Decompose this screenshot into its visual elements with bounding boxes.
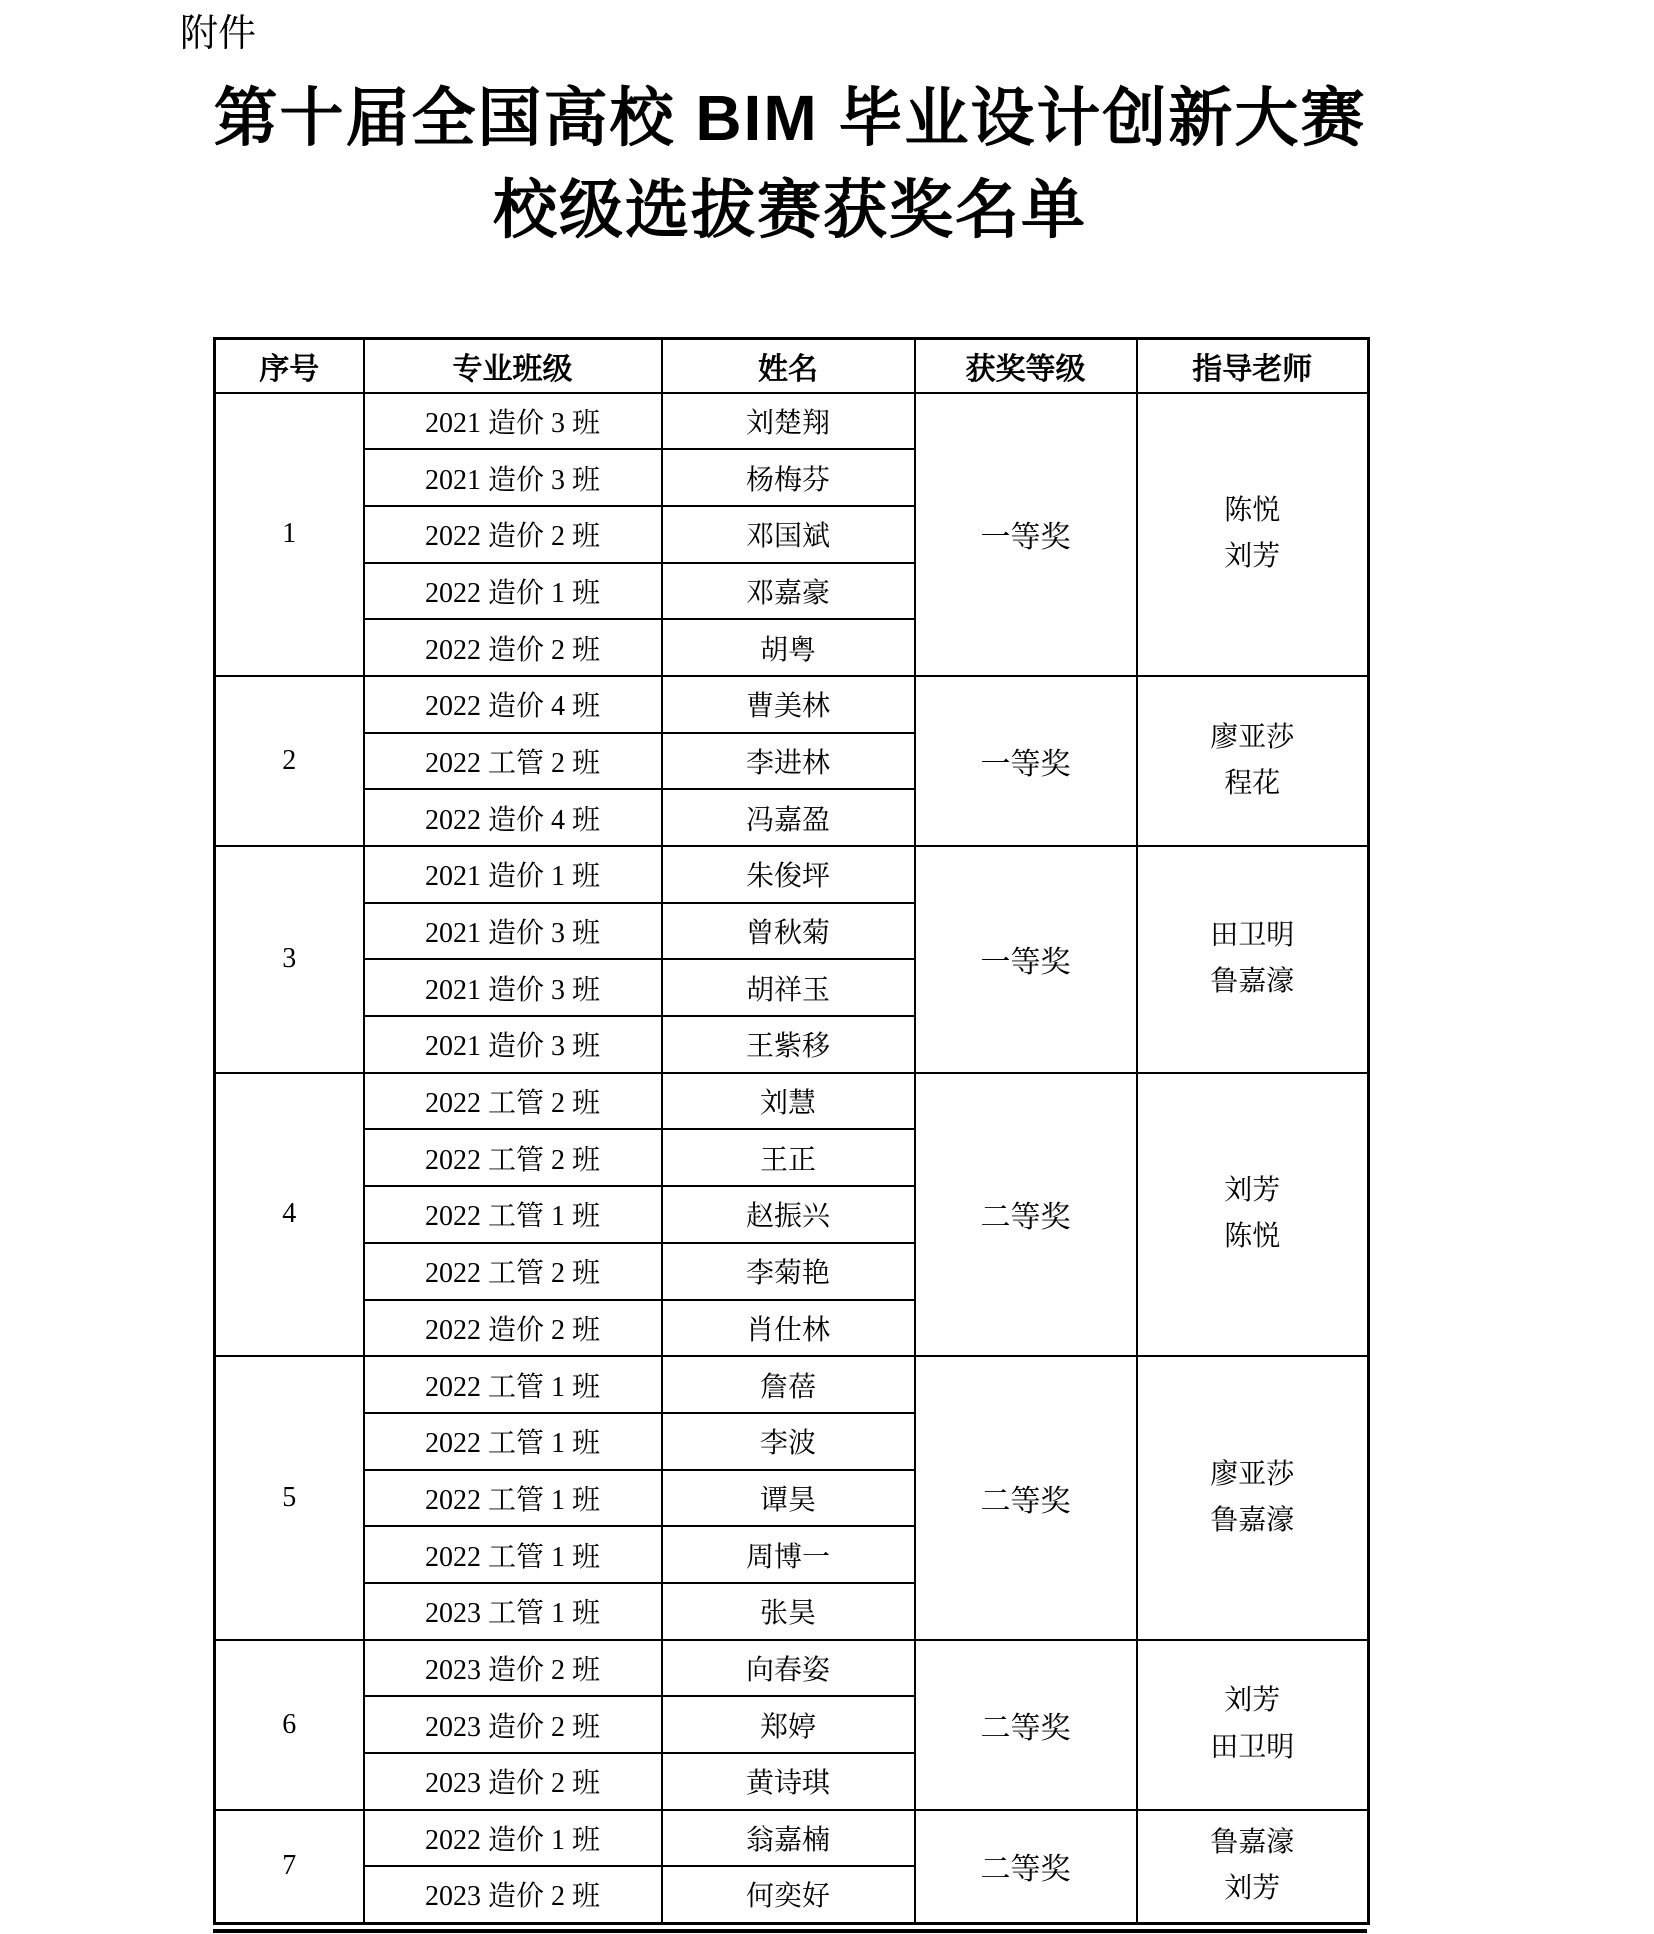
group-index-cell: 6 (215, 1640, 364, 1810)
member-name-cell: 曾秋菊 (662, 903, 915, 960)
member-class-cell: 2022 造价 1 班 (364, 1810, 662, 1867)
member-class-cell: 2023 工管 1 班 (364, 1583, 662, 1640)
member-class-cell: 2021 造价 3 班 (364, 959, 662, 1016)
advisor-name: 田卫明 (1138, 913, 1368, 959)
advisor-name: 刘芳 (1138, 1168, 1368, 1214)
table-row: 72022 造价 1 班翁嘉楠二等奖鲁嘉濠刘芳 (215, 1810, 1369, 1867)
table-row: 62023 造价 2 班向春姿二等奖刘芳田卫明 (215, 1640, 1369, 1697)
member-class-cell: 2023 造价 2 班 (364, 1753, 662, 1810)
member-class-cell: 2021 造价 3 班 (364, 1016, 662, 1073)
member-name-cell: 郑婷 (662, 1696, 915, 1753)
member-name-cell: 胡粤 (662, 619, 915, 676)
member-class-cell: 2021 造价 1 班 (364, 846, 662, 903)
group-advisors-cell: 廖亚莎鲁嘉濠 (1137, 1356, 1369, 1639)
advisor-name: 刘芳 (1138, 1678, 1368, 1724)
col-header-index: 序号 (215, 339, 364, 393)
title-line-2: 校级选拔赛获奖名单 (213, 176, 1367, 244)
advisor-name: 田卫明 (1138, 1725, 1368, 1771)
member-name-cell: 王正 (662, 1129, 915, 1186)
member-name-cell: 刘慧 (662, 1073, 915, 1130)
member-name-cell: 谭昊 (662, 1470, 915, 1527)
member-name-cell: 曹美林 (662, 676, 915, 733)
member-name-cell: 周博一 (662, 1526, 915, 1583)
member-name-cell: 李波 (662, 1413, 915, 1470)
member-class-cell: 2022 工管 2 班 (364, 733, 662, 790)
member-class-cell: 2022 造价 4 班 (364, 789, 662, 846)
group-award-cell: 二等奖 (915, 1640, 1137, 1810)
member-name-cell: 邓国斌 (662, 506, 915, 563)
table-continuation-border (213, 1929, 1367, 1933)
member-name-cell: 何奕好 (662, 1866, 915, 1923)
advisor-name: 陈悦 (1138, 488, 1368, 534)
member-class-cell: 2022 工管 1 班 (364, 1413, 662, 1470)
group-award-cell: 一等奖 (915, 676, 1137, 846)
advisor-name: 鲁嘉濠 (1138, 1498, 1368, 1544)
table-row: 42022 工管 2 班刘慧二等奖刘芳陈悦 (215, 1073, 1369, 1130)
member-name-cell: 李进林 (662, 733, 915, 790)
advisor-name: 刘芳 (1138, 1866, 1368, 1912)
member-name-cell: 胡祥玉 (662, 959, 915, 1016)
member-class-cell: 2021 造价 3 班 (364, 903, 662, 960)
award-winners-table: 序号 专业班级 姓名 获奖等级 指导老师 12021 造价 3 班刘楚翔一等奖陈… (213, 337, 1370, 1925)
member-class-cell: 2022 造价 1 班 (364, 563, 662, 620)
group-advisors-cell: 鲁嘉濠刘芳 (1137, 1810, 1369, 1923)
table-row: 22022 造价 4 班曹美林一等奖廖亚莎程花 (215, 676, 1369, 733)
member-name-cell: 冯嘉盈 (662, 789, 915, 846)
member-name-cell: 张昊 (662, 1583, 915, 1640)
member-name-cell: 黄诗琪 (662, 1753, 915, 1810)
group-index-cell: 1 (215, 393, 364, 676)
member-name-cell: 李菊艳 (662, 1243, 915, 1300)
member-class-cell: 2022 工管 1 班 (364, 1526, 662, 1583)
group-award-cell: 二等奖 (915, 1356, 1137, 1639)
member-class-cell: 2023 造价 2 班 (364, 1696, 662, 1753)
col-header-award: 获奖等级 (915, 339, 1137, 393)
member-class-cell: 2022 工管 1 班 (364, 1470, 662, 1527)
table-row: 52022 工管 1 班詹蓓二等奖廖亚莎鲁嘉濠 (215, 1356, 1369, 1413)
table-header-row: 序号 专业班级 姓名 获奖等级 指导老师 (215, 339, 1369, 393)
member-class-cell: 2022 工管 1 班 (364, 1186, 662, 1243)
member-class-cell: 2022 造价 4 班 (364, 676, 662, 733)
member-class-cell: 2022 工管 1 班 (364, 1356, 662, 1413)
group-index-cell: 5 (215, 1356, 364, 1639)
attachment-label: 附件 (180, 12, 256, 56)
member-class-cell: 2023 造价 2 班 (364, 1640, 662, 1697)
member-name-cell: 詹蓓 (662, 1356, 915, 1413)
col-header-advisor: 指导老师 (1137, 339, 1369, 393)
group-award-cell: 二等奖 (915, 1810, 1137, 1923)
group-advisors-cell: 田卫明鲁嘉濠 (1137, 846, 1369, 1073)
member-class-cell: 2021 造价 3 班 (364, 449, 662, 506)
group-award-cell: 二等奖 (915, 1073, 1137, 1356)
table-row: 32021 造价 1 班朱俊坪一等奖田卫明鲁嘉濠 (215, 846, 1369, 903)
member-class-cell: 2022 造价 2 班 (364, 619, 662, 676)
member-name-cell: 赵振兴 (662, 1186, 915, 1243)
advisor-name: 廖亚莎 (1138, 715, 1368, 761)
group-advisors-cell: 廖亚莎程花 (1137, 676, 1369, 846)
col-header-class: 专业班级 (364, 339, 662, 393)
col-header-name: 姓名 (662, 339, 915, 393)
member-class-cell: 2022 工管 2 班 (364, 1129, 662, 1186)
table-row: 12021 造价 3 班刘楚翔一等奖陈悦刘芳 (215, 393, 1369, 450)
member-class-cell: 2022 造价 2 班 (364, 506, 662, 563)
group-award-cell: 一等奖 (915, 393, 1137, 676)
group-advisors-cell: 刘芳陈悦 (1137, 1073, 1369, 1356)
document-page: 附件 第十届全国高校 BIM 毕业设计创新大赛 校级选拔赛获奖名单 序号 专业班… (0, 0, 1654, 1934)
member-name-cell: 刘楚翔 (662, 393, 915, 450)
group-award-cell: 一等奖 (915, 846, 1137, 1073)
group-index-cell: 2 (215, 676, 364, 846)
member-class-cell: 2023 造价 2 班 (364, 1866, 662, 1923)
member-name-cell: 朱俊坪 (662, 846, 915, 903)
member-name-cell: 邓嘉豪 (662, 563, 915, 620)
group-advisors-cell: 刘芳田卫明 (1137, 1640, 1369, 1810)
member-class-cell: 2022 造价 2 班 (364, 1300, 662, 1357)
member-name-cell: 向春姿 (662, 1640, 915, 1697)
group-index-cell: 7 (215, 1810, 364, 1923)
member-name-cell: 杨梅芬 (662, 449, 915, 506)
member-class-cell: 2022 工管 2 班 (364, 1243, 662, 1300)
member-name-cell: 王紫移 (662, 1016, 915, 1073)
group-index-cell: 4 (215, 1073, 364, 1356)
member-class-cell: 2022 工管 2 班 (364, 1073, 662, 1130)
member-name-cell: 肖仕林 (662, 1300, 915, 1357)
group-advisors-cell: 陈悦刘芳 (1137, 393, 1369, 676)
advisor-name: 鲁嘉濠 (1138, 959, 1368, 1005)
advisor-name: 刘芳 (1138, 534, 1368, 580)
title-line-1: 第十届全国高校 BIM 毕业设计创新大赛 (213, 84, 1367, 152)
member-name-cell: 翁嘉楠 (662, 1810, 915, 1867)
advisor-name: 程花 (1138, 761, 1368, 807)
advisor-name: 鲁嘉濠 (1138, 1820, 1368, 1866)
advisor-name: 廖亚莎 (1138, 1452, 1368, 1498)
member-class-cell: 2021 造价 3 班 (364, 393, 662, 450)
group-index-cell: 3 (215, 846, 364, 1073)
advisor-name: 陈悦 (1138, 1214, 1368, 1260)
